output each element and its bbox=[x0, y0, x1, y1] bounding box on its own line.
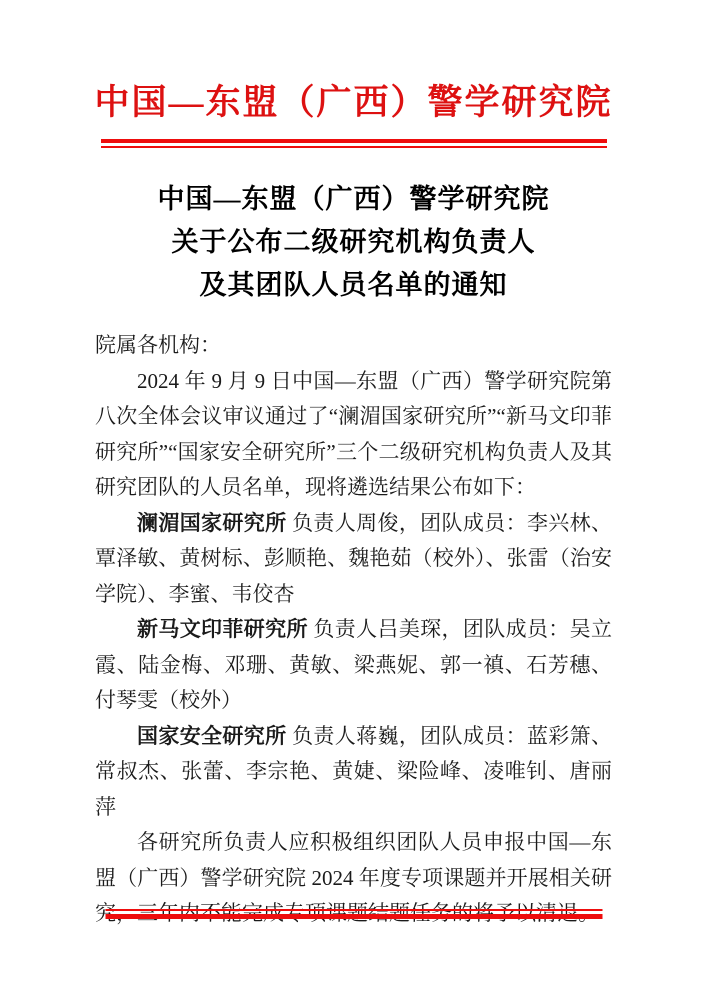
section-name: 澜湄国家研究所 bbox=[137, 511, 286, 535]
body-paragraph: 新马文印菲研究所 负责人吕美琛，团队成员：吴立霞、陆金梅、邓珊、黄敏、梁燕妮、郭… bbox=[95, 612, 612, 719]
letterhead-title: 中国—东盟（广西）警学研究院 bbox=[0, 0, 707, 126]
doc-title-line-1: 中国—东盟（广西）警学研究院 bbox=[0, 178, 707, 221]
body-paragraphs: 2024 年 9 月 9 日中国—东盟（广西）警学研究院第八次全体会议审议通过了… bbox=[95, 364, 612, 932]
body-text: 院属各机构： 2024 年 9 月 9 日中国—东盟（广西）警学研究院第八次全体… bbox=[95, 328, 612, 932]
section-name: 新马文印菲研究所 bbox=[137, 617, 308, 641]
body-paragraph: 澜湄国家研究所 负责人周俊，团队成员：李兴林、覃泽敏、黄树标、彭顺艳、魏艳茹（校… bbox=[95, 506, 612, 613]
doc-title: 中国—东盟（广西）警学研究院 关于公布二级研究机构负责人 及其团队人员名单的通知 bbox=[0, 178, 707, 307]
document-page: 中国—东盟（广西）警学研究院 中国—东盟（广西）警学研究院 关于公布二级研究机构… bbox=[0, 0, 707, 1000]
doc-title-line-3: 及其团队人员名单的通知 bbox=[0, 264, 707, 307]
section-name: 国家安全研究所 bbox=[137, 724, 286, 748]
body-paragraph: 2024 年 9 月 9 日中国—东盟（广西）警学研究院第八次全体会议审议通过了… bbox=[95, 364, 612, 506]
body-paragraph: 国家安全研究所 负责人蒋巍，团队成员：蓝彩箫、常叔杰、张蕾、李宗艳、黄婕、梁险峰… bbox=[95, 719, 612, 826]
doc-title-line-2: 关于公布二级研究机构负责人 bbox=[0, 221, 707, 264]
salutation: 院属各机构： bbox=[95, 328, 612, 364]
letterhead-rule bbox=[101, 139, 607, 148]
footer-rule bbox=[105, 909, 602, 919]
letterhead: 中国—东盟（广西）警学研究院 bbox=[0, 0, 707, 148]
